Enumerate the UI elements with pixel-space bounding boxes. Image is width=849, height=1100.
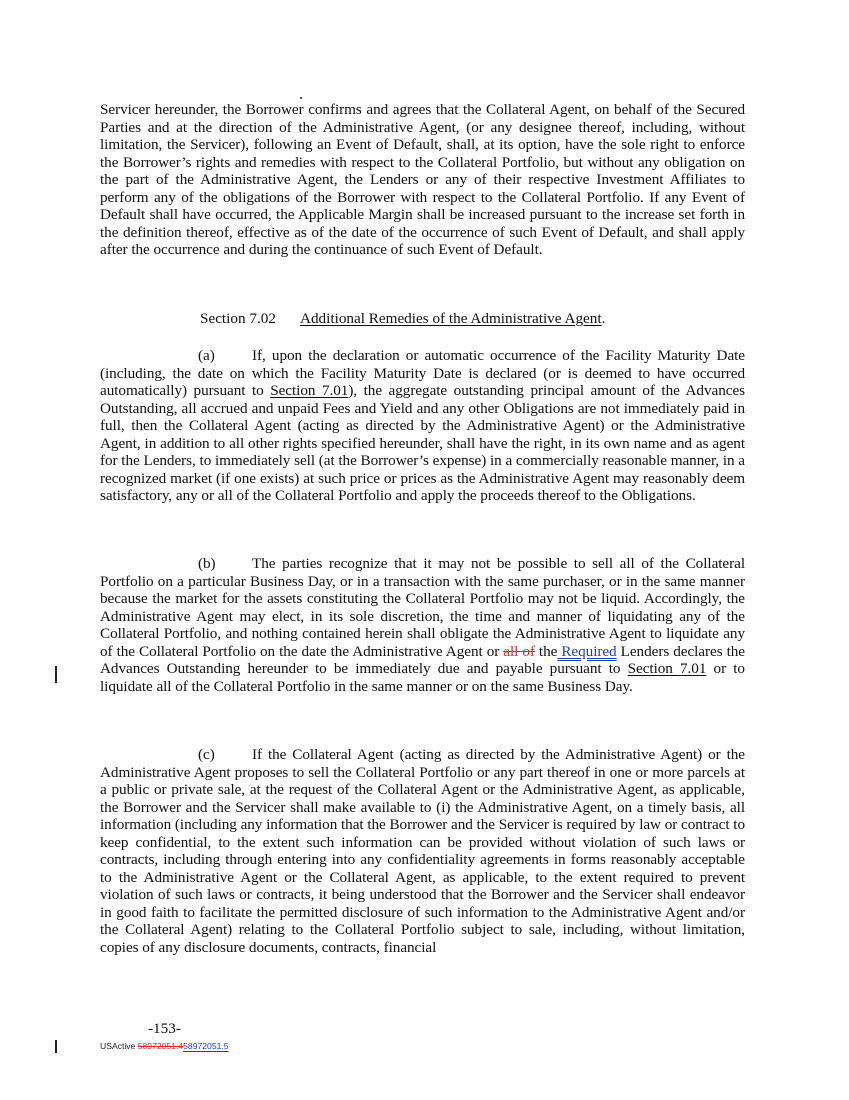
section-title: Additional Remedies of the Administrativ… — [300, 310, 602, 327]
paragraph-text: ), the aggregate outstanding principal a… — [100, 382, 745, 504]
tracked-deletion: all of — [503, 643, 535, 660]
paragraph-continuation: Servicer hereunder, the Borrower confirm… — [100, 101, 745, 259]
section-heading: Section 7.02Additional Remedies of the A… — [200, 310, 605, 328]
stray-mark — [300, 97, 302, 99]
paragraph-text: If the Collateral Agent (acting as direc… — [100, 746, 745, 956]
paragraph-label: (a) — [198, 347, 252, 365]
change-bar — [55, 666, 57, 683]
document-page: Servicer hereunder, the Borrower confirm… — [0, 0, 849, 1100]
page-number: -153- — [148, 1020, 181, 1037]
section-title-period: . — [602, 310, 606, 327]
paragraph-label: (b) — [198, 555, 252, 573]
paragraph-a: (a)If, upon the declaration or automatic… — [100, 347, 745, 505]
paragraph-c: (c)If the Collateral Agent (acting as di… — [100, 746, 745, 957]
paragraph-text: the — [535, 643, 557, 660]
section-number: Section 7.02 — [200, 310, 300, 328]
paragraph-label: (c) — [198, 746, 252, 764]
doc-id-prefix: USActive — [100, 1041, 138, 1051]
document-id-footer: USActive 58972051.458972051.5 — [100, 1040, 229, 1052]
cross-reference-link[interactable]: Section 7.01 — [628, 660, 707, 677]
change-bar — [55, 1040, 57, 1053]
tracked-insertion: Required — [557, 643, 616, 660]
paragraph-text: Servicer hereunder, the Borrower confirm… — [100, 101, 745, 258]
doc-id-deleted: 58972051.4 — [138, 1041, 183, 1051]
doc-id-inserted: 58972051.5 — [183, 1041, 228, 1051]
paragraph-b: (b)The parties recognize that it may not… — [100, 555, 745, 695]
cross-reference-link[interactable]: Section 7.01 — [270, 382, 348, 399]
